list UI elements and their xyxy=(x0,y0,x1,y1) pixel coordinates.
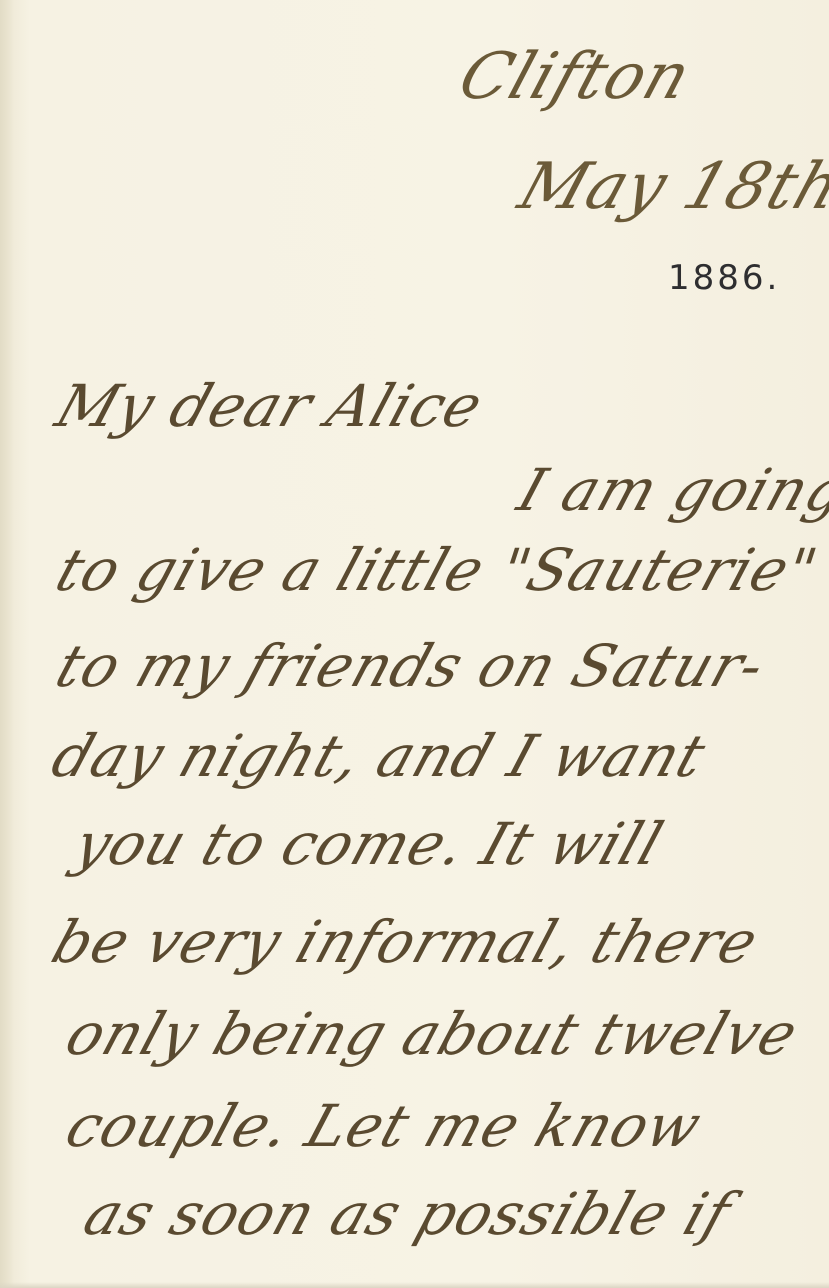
body-line: to my friends on Satur- xyxy=(48,632,774,700)
paper-bottom-edge xyxy=(0,1282,829,1288)
year-annotation: 1886. xyxy=(668,258,780,298)
body-line: to give a little "Sauterie" xyxy=(48,536,826,604)
body-line: you to come. It will xyxy=(66,810,672,878)
letter-date: May 18th xyxy=(510,150,829,224)
body-line: only being about twelve xyxy=(58,1000,807,1068)
letter-place: Clifton xyxy=(450,40,700,114)
body-line: be very informal, there xyxy=(44,908,767,976)
salutation: My dear Alice xyxy=(48,372,492,440)
paper-fold-shadow xyxy=(0,0,14,1288)
body-line: I am going xyxy=(510,456,829,524)
body-line: as soon as possible if xyxy=(76,1180,740,1248)
letter-page: Clifton May 18th 1886. My dear Alice I a… xyxy=(0,0,829,1288)
body-line: couple. Let me know xyxy=(58,1092,710,1160)
body-line: day night, and I want xyxy=(44,722,714,790)
